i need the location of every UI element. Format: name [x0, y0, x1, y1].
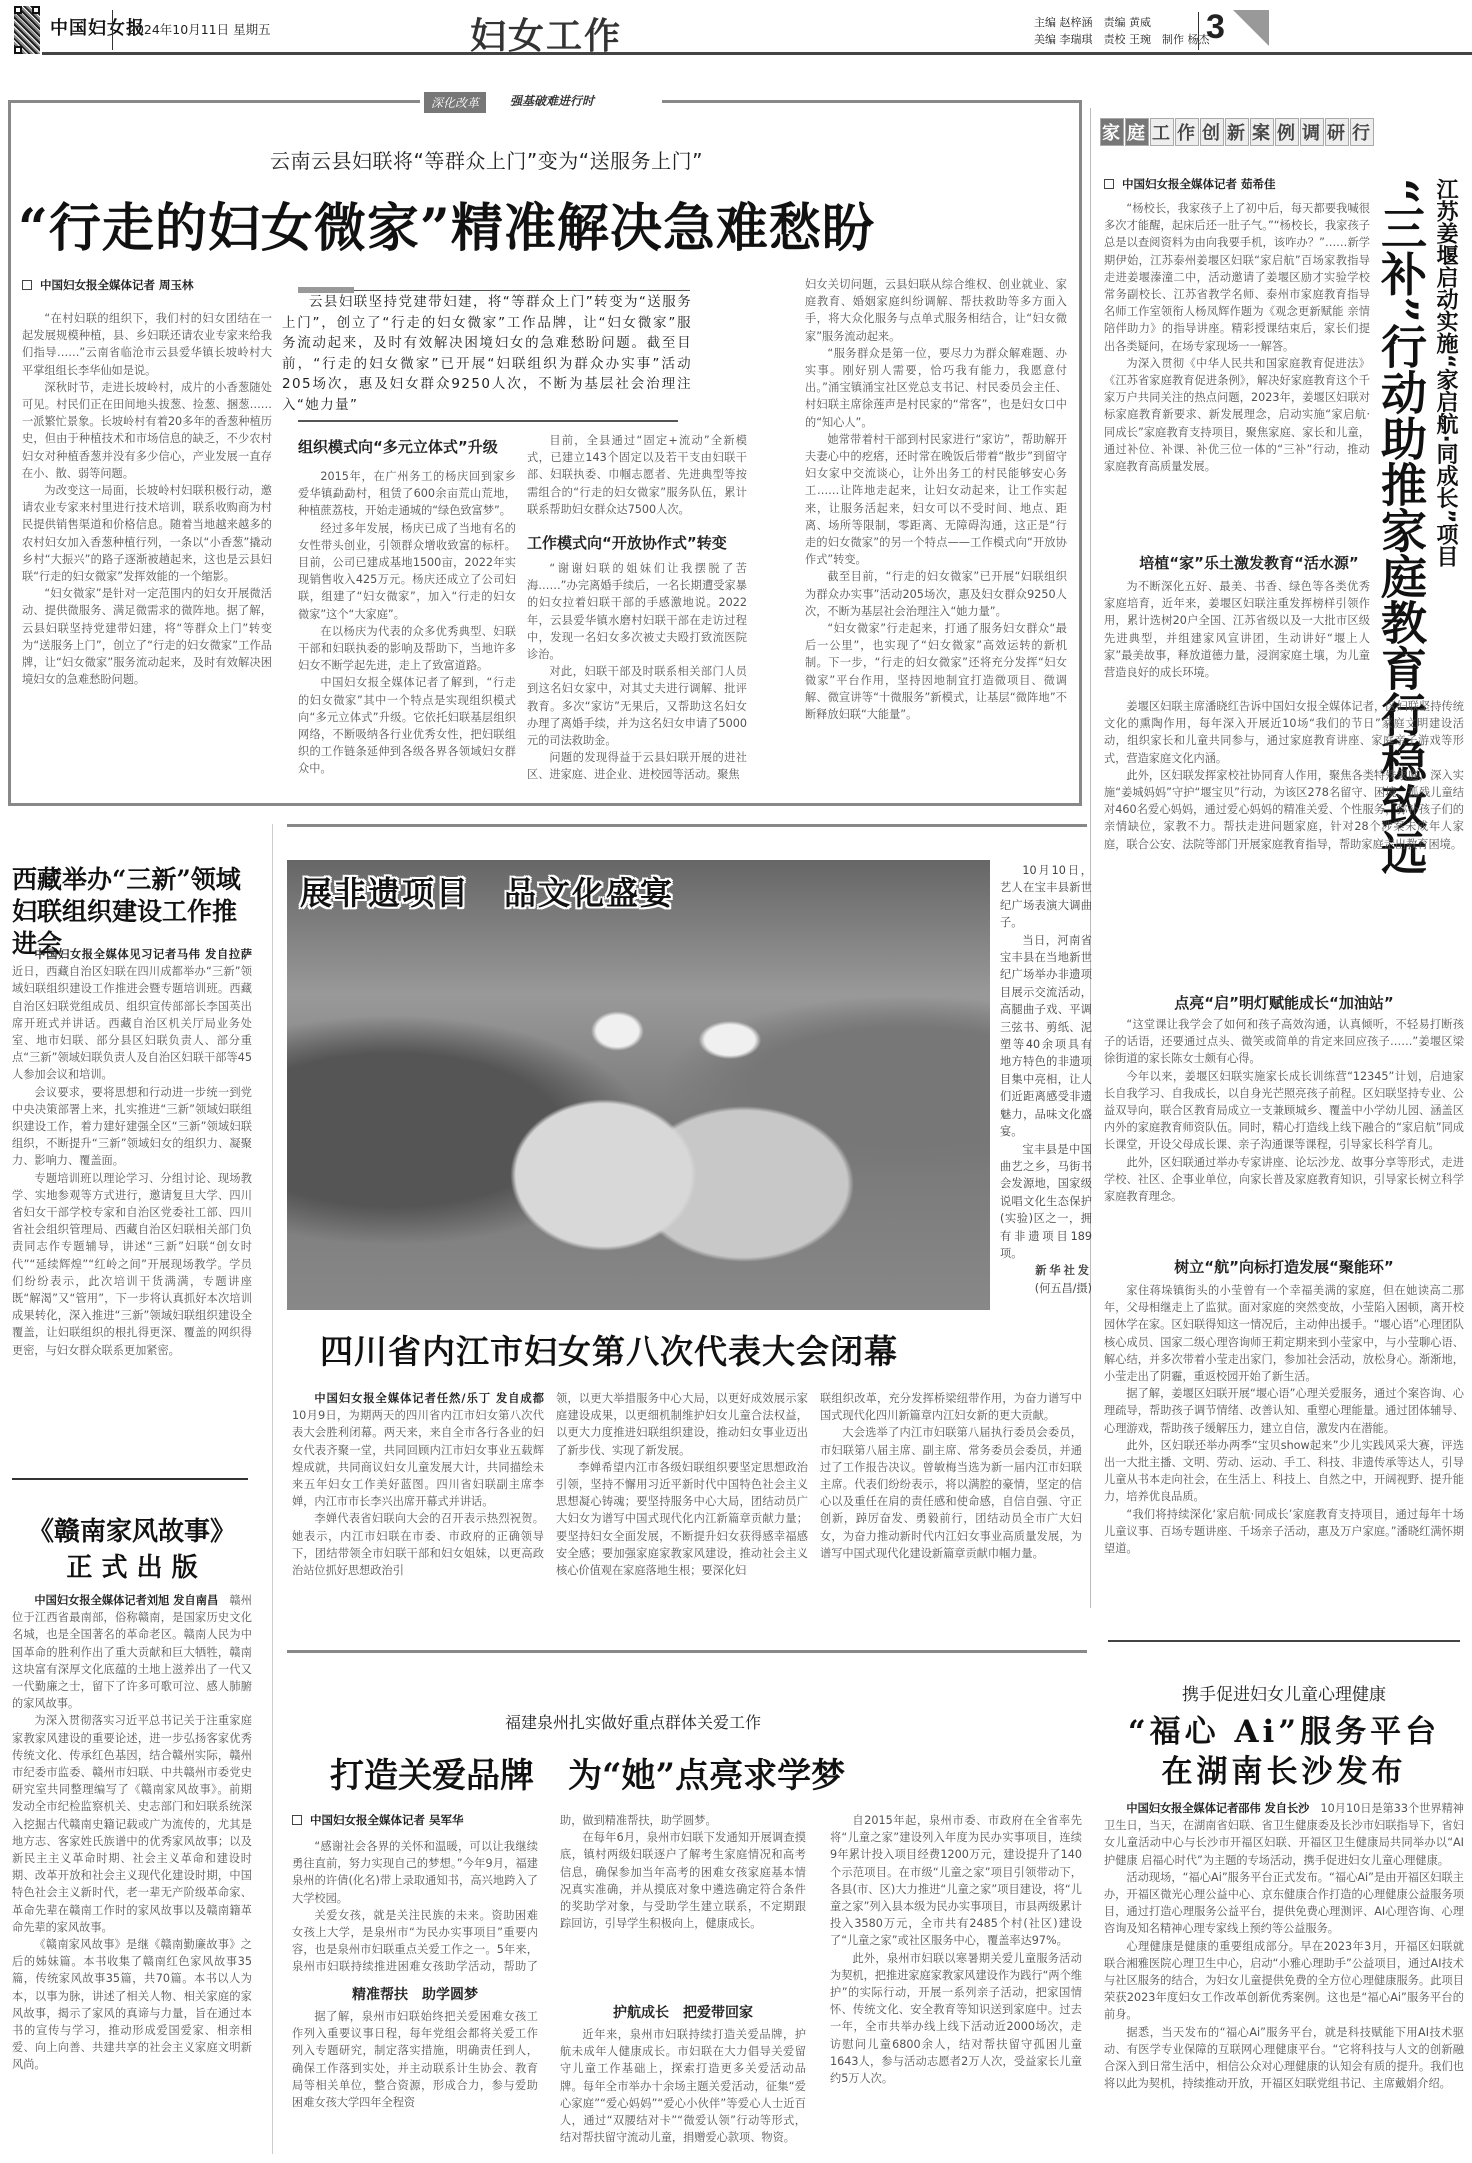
- top-article-column-4: 妇女关切问题，云县妇联从综合维权、创业就业、家庭教育、婚姻家庭纠纷调解、帮扶救助…: [805, 276, 1067, 800]
- hunan-kicker: 携手促进妇女儿童心理健康: [1104, 1680, 1464, 1705]
- top-article-column-2: 2015年，在广州务工的杨庆回到家乡爱华镇勐勐村，租赁了600余亩荒山荒地，种植…: [298, 468, 516, 800]
- neijiang-column-2: 领，以更大举措服务中心大局，以更好成效展示家庭建设成果，以更细机制维护妇女儿童合…: [556, 1390, 808, 1640]
- banner-char: 工: [1150, 118, 1174, 146]
- paragraph: 近年来，泉州市妇联持续打造关爱品牌，护航未成年人健康成长。市妇联在大力倡导关爱留…: [560, 2026, 806, 2146]
- book-headline-line-2: 正 式 出 版: [12, 1550, 252, 1586]
- paragraph: 联组织改革，充分发挥桥梁纽带作用，为奋力谱写中国式现代化四川新篇章内江妇女新的更…: [820, 1390, 1082, 1424]
- paragraph: 专题培训班以理论学习、分组讨论、现场教学、实地参观等方式进行，邀请复旦大学、四川…: [12, 1170, 252, 1359]
- masthead-rule: [42, 52, 1472, 55]
- frame-rule: [287, 1650, 1087, 1653]
- banner-char: 新: [1225, 118, 1249, 146]
- sidebar-section-2: “这堂课让我学会了如何和孩子高效沟通，认真倾听，不轻易打断孩子的话语，还要通过点…: [1104, 1016, 1464, 1256]
- paragraph: 她常带着村干部到村民家进行“家访”，帮助解开夫妻心中的疙瘩，还时常在晚饭后带着“…: [805, 431, 1067, 569]
- sidebar-vertical-kicker: 江苏姜堰启动实施“家启航·同成长”项目: [1428, 178, 1458, 567]
- paragraph: 在每年6月，泉州市妇联下发通知开展调查摸底，镇村两级妇联逐户了解考生家庭情况和高…: [560, 1829, 806, 1932]
- paragraph: “妇女微家”是针对一定范围内的妇女开展微活动、提供微服务、满足微需求的微阵地。据…: [22, 585, 272, 688]
- paragraph: 大会选举了内江市妇联第八届执行委员会委员，市妇联第八届主席、副主席、常务委员会委…: [820, 1424, 1082, 1562]
- column-banner: 家庭工作创新案例调研行: [1100, 118, 1462, 144]
- editor-line-1: 主编 赵梓涵 责编 黄威: [1034, 14, 1210, 31]
- issue-date: 2024年10月11日 星期五: [128, 20, 271, 38]
- sidebar-intro: “杨校长，我家孩子上了初中后，每天都要我喊很多次才能醒，起床后还一肚子气。”“杨…: [1104, 200, 1370, 552]
- byline-text: 中国妇女报全媒体记者 茹希佳: [1122, 177, 1276, 191]
- paragraph: 自2015年起，泉州市委、市政府在全省率先将“儿童之家”建设列入年度为民办实事项…: [830, 1812, 1082, 1950]
- banner-char: 作: [1175, 118, 1199, 146]
- section-rule: [1108, 1640, 1460, 1642]
- paragraph: 为深入贯彻落实习近平总书记关于注重家庭家教家风建设的重要论述，进一步弘扬客家优秀…: [12, 1712, 252, 1936]
- paragraph: “服务群众是第一位，要尽力为群众解难题、办实事。刚好别人需要，恰巧我有能力，我愿…: [805, 345, 1067, 431]
- paragraph: 对此，妇联干部及时联系相关部门人员到这名妇女家中，对其丈夫进行调解、批评教育。多…: [527, 663, 747, 749]
- topic-text: 强基破难进行时: [510, 92, 594, 109]
- neijiang-column-1: 中国妇女报全媒体记者任然/乐丁 发自成都 10月9日，为期两天的四川省内江市妇女…: [292, 1390, 544, 1640]
- paragraph: 为改变这一局面，长坡岭村妇联积极行动，邀请农业专家来村里进行技术培训，联系收购商…: [22, 482, 272, 585]
- quanzhou-column-1: “感谢社会各界的关怀和温暖，可以让我继续勇往直前，努力实现自己的梦想。”今年9月…: [292, 1838, 538, 1978]
- banner-char: 家: [1100, 118, 1124, 146]
- corner-triangle-icon: [1233, 10, 1269, 46]
- neijiang-headline: 四川省内江市妇女第八次代表大会闭幕: [320, 1326, 1080, 1373]
- intro-rule-bottom: [298, 420, 678, 422]
- banner-char: 创: [1200, 118, 1224, 146]
- caption-paragraph: 宝丰县是中国曲艺之乡，马街书会发源地，国家级说唱文化生态保护(实验)区之一，拥有…: [1000, 1141, 1092, 1263]
- paragraph: 为深入贯彻《中华人民共和国家庭教育促进法》《江苏省家庭教育促进条例》，解决好家庭…: [1104, 355, 1370, 475]
- paragraph: “谢谢妇联的姐妹们让我摆脱了苦海……”办完离婚手续后，一名长期遭受家暴的妇女拉着…: [527, 560, 747, 663]
- lead-bold: 中国妇女报全媒体见习记者马伟 发自拉萨: [34, 948, 252, 961]
- paragraph: 赣州位于江西省最南部，俗称赣南，是国家历史文化名城，也是全国著名的革命老区。赣南…: [12, 1594, 252, 1710]
- subhead-text: 护航成长 把爱带回家: [613, 2005, 753, 2021]
- top-article-column-1: “在村妇联的组织下，我们村的妇女团结在一起发展规模种植，县、乡妇联还请农业专家来…: [22, 310, 272, 800]
- paragraph: 此外，区妇联发挥家校社协同育人作用，聚焦各类特殊家庭，深入实施“姜城妈妈”守护“…: [1104, 767, 1464, 853]
- photo-title: 展非遗项目 品文化盛宴: [300, 868, 674, 914]
- quanzhou-headline: 打造关爱品牌 为“她”点亮求学梦: [330, 1748, 1070, 1797]
- qr-code-icon[interactable]: [14, 6, 40, 54]
- paragraph: 《赣南家风故事》是继《赣南勤廉故事》之后的姊妹篇。本书收集了赣南红色家风故事35…: [12, 1936, 252, 2074]
- banner-char: 庭: [1125, 118, 1149, 146]
- paragraph: 10月9日，为期两天的四川省内江市妇女第八次代表大会胜利闭幕。两天来，来自全市各…: [292, 1409, 544, 1508]
- sidebar-byline: 中国妇女报全媒体记者 茹希佳: [1104, 176, 1276, 192]
- photo-caption: 10月10日，艺人在宝丰县新世纪广场表演大调曲子。 当日，河南省宝丰县在当地新世…: [1000, 862, 1092, 1297]
- paragraph: 目前，全县通过“固定+流动”全新模式，已建立143个固定以及若干支由妇联干部、妇…: [527, 432, 747, 518]
- sidebar-section-1a: 为不断深化五好、最美、书香、绿色等各类优秀家庭培育，近年来，姜堰区妇联注重发挥榜…: [1104, 578, 1370, 698]
- paragraph: 李婵希望内江市各级妇联组织要坚定思想政治引领，坚持不懈用习近平新时代中国特色社会…: [556, 1459, 808, 1579]
- byline-text: 中国妇女报全媒体记者 吴军华: [310, 1813, 464, 1827]
- paragraph: 在以杨庆为代表的众多优秀典型、妇联干部和妇联执委的影响及帮助下，当地许多妇女不断…: [298, 623, 516, 675]
- performers-photo[interactable]: [287, 860, 990, 1310]
- paragraph: 深秋时节，走进长坡岭村，成片的小香葱随处可见。村民们正在田间地头拔葱、捡葱、捆葱…: [22, 379, 272, 482]
- top-article-byline: 中国妇女报全媒体记者 周玉林: [22, 277, 194, 293]
- book-body: 中国妇女报全媒体记者刘旭 发自南昌 赣州位于江西省最南部，俗称赣南，是国家历史文…: [12, 1592, 252, 2152]
- byline-text: 中国妇女报全媒体记者 周玉林: [40, 278, 194, 292]
- paragraph: 家住蒋垛镇街头的小莹曾有一个幸福美满的家庭，但在她读高二那年，父母相继走上了监狱…: [1104, 1282, 1464, 1385]
- tibet-body: 中国妇女报全媒体见习记者马伟 发自拉萨 近日，西藏自治区妇联在四川成都举办“三新…: [12, 946, 252, 1416]
- subhead-1: 组织模式向“多元立体式”升级: [298, 436, 518, 457]
- lead-bold: 中国妇女报全媒体记者刘旭 发自南昌: [34, 1594, 218, 1607]
- paragraph: “我们将持续深化‘家启航·同成长’家庭教育支持项目，通过每年十场儿童议事、百场专…: [1104, 1506, 1464, 1558]
- top-article-column-3b: “谢谢妇联的姐妹们让我摆脱了苦海……”办完离婚手续后，一名长期遭受家暴的妇女拉着…: [527, 560, 747, 800]
- quanzhou-column-2: 助，做到精准帮扶，助学圆梦。 在每年6月，泉州市妇联下发通知开展调查摸底，镇村两…: [560, 1812, 806, 2002]
- photo-credit: 新华社发: [1000, 1262, 1092, 1279]
- paragraph: 据了解，泉州市妇联始终把关爱困难女孩工作列入重要议事日程，每年党组会都将关爱工作…: [292, 2008, 538, 2111]
- paragraph: 此外，泉州市妇联以寒暑期关爱儿童服务活动为契机，把推进家庭家教家风建设作为践行“…: [830, 1950, 1082, 2088]
- paragraph: 助，做到精准帮扶，助学圆梦。: [560, 1812, 806, 1829]
- banner-char: 调: [1300, 118, 1324, 146]
- subhead-text: 培植“家”乐土激发教育“活水源”: [1139, 554, 1358, 572]
- paragraph: 此外，区妇联通过举办专家讲座、论坛沙龙、故事分享等形式，走进学校、社区、企事业单…: [1104, 1154, 1464, 1206]
- paragraph: 中国妇女报全媒体记者了解到，“行走的妇女微家”其中一个特点是实现组织模式向“多元…: [298, 674, 516, 777]
- subhead-2: 工作模式向“开放协作式”转变: [527, 532, 747, 553]
- paragraph: 据悉，当天发布的“福心Ai”服务平台，就是科技赋能下用AI技术驱动、有医学专业保…: [1104, 2024, 1464, 2093]
- paragraph: “杨校长，我家孩子上了初中后，每天都要我喊很多次才能醒，起床后还一肚子气。”“杨…: [1104, 200, 1370, 355]
- quanzhou-column-2b: 近年来，泉州市妇联持续打造关爱品牌，护航未成年人健康成长。市妇联在大力倡导关爱留…: [560, 2026, 806, 2158]
- paragraph: 会议要求，要将思想和行动进一步统一到党中央决策部署上来，扎实推进“三新”领域妇联…: [12, 1084, 252, 1170]
- banner-char: 行: [1350, 118, 1374, 146]
- paragraph: 此外，区妇联还举办两季“宝贝show起来”少儿实践风采大赛，评选出一大批主播、文…: [1104, 1437, 1464, 1506]
- section-rule: [12, 1478, 248, 1480]
- lead-bold: 中国妇女报全媒体记者邵伟 发自长沙: [1126, 1802, 1309, 1815]
- banner-char: 研: [1325, 118, 1349, 146]
- sidebar-section-1b: 姜堰区妇联主席潘晓红告诉中国妇女报全媒体记者，区妇联坚持传统文化的熏陶作用，每年…: [1104, 698, 1464, 988]
- caption-paragraph: 10月10日，艺人在宝丰县新世纪广场表演大调曲子。: [1000, 862, 1092, 932]
- hunan-headline-line-1: “福心 Ai”服务平台: [1104, 1712, 1464, 1752]
- paragraph: “妇女微家”行走起来，打通了服务妇女群众“最后一公里”，也实现了“妇女微家”高效…: [805, 620, 1067, 723]
- top-article-headline: “行走的妇女微家”精准解决急难愁盼: [18, 186, 1078, 261]
- byline-box-icon: [292, 1815, 302, 1825]
- quanzhou-byline: 中国妇女报全媒体记者 吴军华: [292, 1812, 464, 1828]
- paragraph: 姜堰区妇联主席潘晓红告诉中国妇女报全媒体记者，区妇联坚持传统文化的熏陶作用，每年…: [1104, 698, 1464, 767]
- quanzhou-column-1b: 据了解，泉州市妇联始终把关爱困难女孩工作列入重要议事日程，每年党组会都将关爱工作…: [292, 2008, 538, 2158]
- hunan-headline-line-2: 在湖南长沙发布: [1104, 1752, 1464, 1792]
- column-divider: [1090, 108, 1091, 1608]
- book-headline: 《赣南家风故事》 正 式 出 版: [12, 1514, 252, 1586]
- paragraph: 今年以来，姜堰区妇联实施家长成长训练营“12345”计划，启迪家长自我学习、自我…: [1104, 1068, 1464, 1154]
- paragraph: 心理健康是健康的重要组成部分。早在2023年3月，开福区妇联就联合湘雅医院心理卫…: [1104, 1938, 1464, 2024]
- byline-box-icon: [22, 280, 32, 290]
- paragraph: 妇女关切问题，云县妇联从综合维权、创业就业、家庭教育、婚姻家庭纠纷调解、帮扶救助…: [805, 276, 1067, 345]
- divider: [1198, 12, 1199, 50]
- byline-box-icon: [1104, 179, 1114, 189]
- subhead-text: 精准帮扶 助学圆梦: [352, 1987, 478, 2003]
- paragraph: 据了解，姜堰区妇联开展“堰心语”心理关爱服务，通过个案咨询、心理疏导，帮助孩子调…: [1104, 1385, 1464, 1437]
- banner-char: 例: [1275, 118, 1299, 146]
- sidebar-subhead-3: 树立“航”向标打造发展“聚能环”: [1104, 1256, 1464, 1277]
- editor-credits: 主编 赵梓涵 责编 黄威 美编 李瑞琪 责校 王琬 制作 杨杰: [1034, 14, 1210, 48]
- neijiang-column-3: 联组织改革，充分发挥桥梁纽带作用，为奋力谱写中国式现代化四川新篇章内江妇女新的更…: [820, 1390, 1082, 1640]
- masthead: 中国妇女报 2024年10月11日 星期五 妇女工作 主编 赵梓涵 责编 黄威 …: [0, 0, 1472, 58]
- column-divider: [272, 824, 273, 2154]
- subhead-text: 树立“航”向标打造发展“聚能环”: [1174, 1258, 1393, 1276]
- quanzhou-kicker: 福建泉州扎实做好重点群体关爱工作: [505, 1710, 761, 1733]
- hunan-headline: “福心 Ai”服务平台 在湖南长沙发布: [1104, 1712, 1464, 1792]
- paragraph: 李婵代表省妇联向大会的召开表示热烈祝贺。她表示，内江市妇联在市委、市政府的正确领…: [292, 1510, 544, 1579]
- editor-line-2: 美编 李瑞琪 责校 王琬 制作 杨杰: [1034, 31, 1210, 48]
- paragraph: 活动现场，“福心Ai”服务平台正式发布。“福心Ai”是由开福区妇联主办，开福区微…: [1104, 1869, 1464, 1938]
- intro-rule: [354, 290, 690, 291]
- paragraph: “在村妇联的组织下，我们村的妇女团结在一起发展规模种植，县、乡妇联还请农业专家来…: [22, 310, 272, 379]
- subhead-text: 组织模式向“多元立体式”升级: [298, 438, 498, 456]
- paragraph: “感谢社会各界的关怀和温暖，可以让我继续勇往直前，努力实现自己的梦想。”今年9月…: [292, 1838, 538, 1907]
- quanzhou-subhead-1: 精准帮扶 助学圆梦: [292, 1984, 538, 2004]
- paragraph: 截至目前，“行走的妇女微家”已开展“妇联组织为群众办实事”活动205场次，惠及妇…: [805, 568, 1067, 620]
- topic-tag: 深化改革: [424, 92, 486, 113]
- paragraph: 问题的发现得益于云县妇联开展的进社区、进家庭、进企业、进校园等活动。聚焦: [527, 749, 747, 783]
- paragraph: 领，以更大举措服务中心大局，以更好成效展示家庭建设成果，以更细机制维护妇女儿童合…: [556, 1390, 808, 1459]
- frame-rule: [287, 824, 1087, 827]
- paragraph: 为不断深化五好、最美、书香、绿色等各类优秀家庭培育，近年来，姜堰区妇联注重发挥榜…: [1104, 578, 1370, 681]
- paragraph: 经过多年发展，杨庆已成了当地有名的女性带头创业，引领群众增收致富的标杆。目前，公…: [298, 520, 516, 623]
- banner-char: 案: [1250, 118, 1274, 146]
- top-article-column-3: 目前，全县通过“固定+流动”全新模式，已建立143个固定以及若干支由妇联干部、妇…: [527, 432, 747, 532]
- sidebar-subhead-2: 点亮“启”明灯赋能成长“加油站”: [1104, 992, 1464, 1013]
- divider: [112, 10, 113, 50]
- top-article-kicker: 云南云县妇联将“等群众上门”变为“送服务上门”: [270, 145, 703, 174]
- book-headline-line-1: 《赣南家风故事》: [12, 1514, 252, 1550]
- subhead-text: 工作模式向“开放协作式”转变: [527, 534, 727, 552]
- paragraph: 关爱女孩，就是关注民族的未来。资助困难女孩上大学，是泉州市“为民办实事项目”重要…: [292, 1907, 538, 1978]
- paragraph: “这堂课让我学会了如何和孩子高效沟通，认真倾听，不轻易打断孩子的话语，还要通过点…: [1104, 1016, 1464, 1068]
- hunan-body: 中国妇女报全媒体记者邵伟 发自长沙 10月10日是第33个世界精神卫生日，当天，…: [1104, 1800, 1464, 2160]
- photographer: (何五昌/摄): [1000, 1280, 1092, 1297]
- quanzhou-column-3: 自2015年起，泉州市委、市政府在全省率先将“儿童之家”建设列入年度为民办实事项…: [830, 1812, 1082, 2158]
- subhead-text: 点亮“启”明灯赋能成长“加油站”: [1174, 994, 1393, 1012]
- sidebar-section-3: 家住蒋垛镇街头的小莹曾有一个幸福美满的家庭，但在她读高二那年，父母相继走上了监狱…: [1104, 1282, 1464, 1616]
- lead-bold: 中国妇女报全媒体记者任然/乐丁 发自成都: [314, 1392, 544, 1405]
- sidebar-subhead-1: 培植“家”乐土激发教育“活水源”: [1124, 552, 1374, 573]
- paragraph: 近日，西藏自治区妇联在四川成都举办“三新”领域妇联组织建设工作推进会暨专题培训班…: [12, 965, 252, 1081]
- paragraph: 2015年，在广州务工的杨庆回到家乡爱华镇勐勐村，租赁了600余亩荒山荒地，种植…: [298, 468, 516, 520]
- quanzhou-subhead-2: 护航成长 把爱带回家: [560, 2002, 806, 2022]
- page-number: 3: [1206, 8, 1225, 47]
- caption-paragraph: 当日，河南省宝丰县在当地新世纪广场举办非遗项目展示交流活动，高腿曲子戏、平调三弦…: [1000, 932, 1092, 1141]
- top-article-intro: 云县妇联坚持党建带妇建，将“等群众上门”转变为“送服务上门”，创立了“行走的妇女…: [282, 292, 692, 422]
